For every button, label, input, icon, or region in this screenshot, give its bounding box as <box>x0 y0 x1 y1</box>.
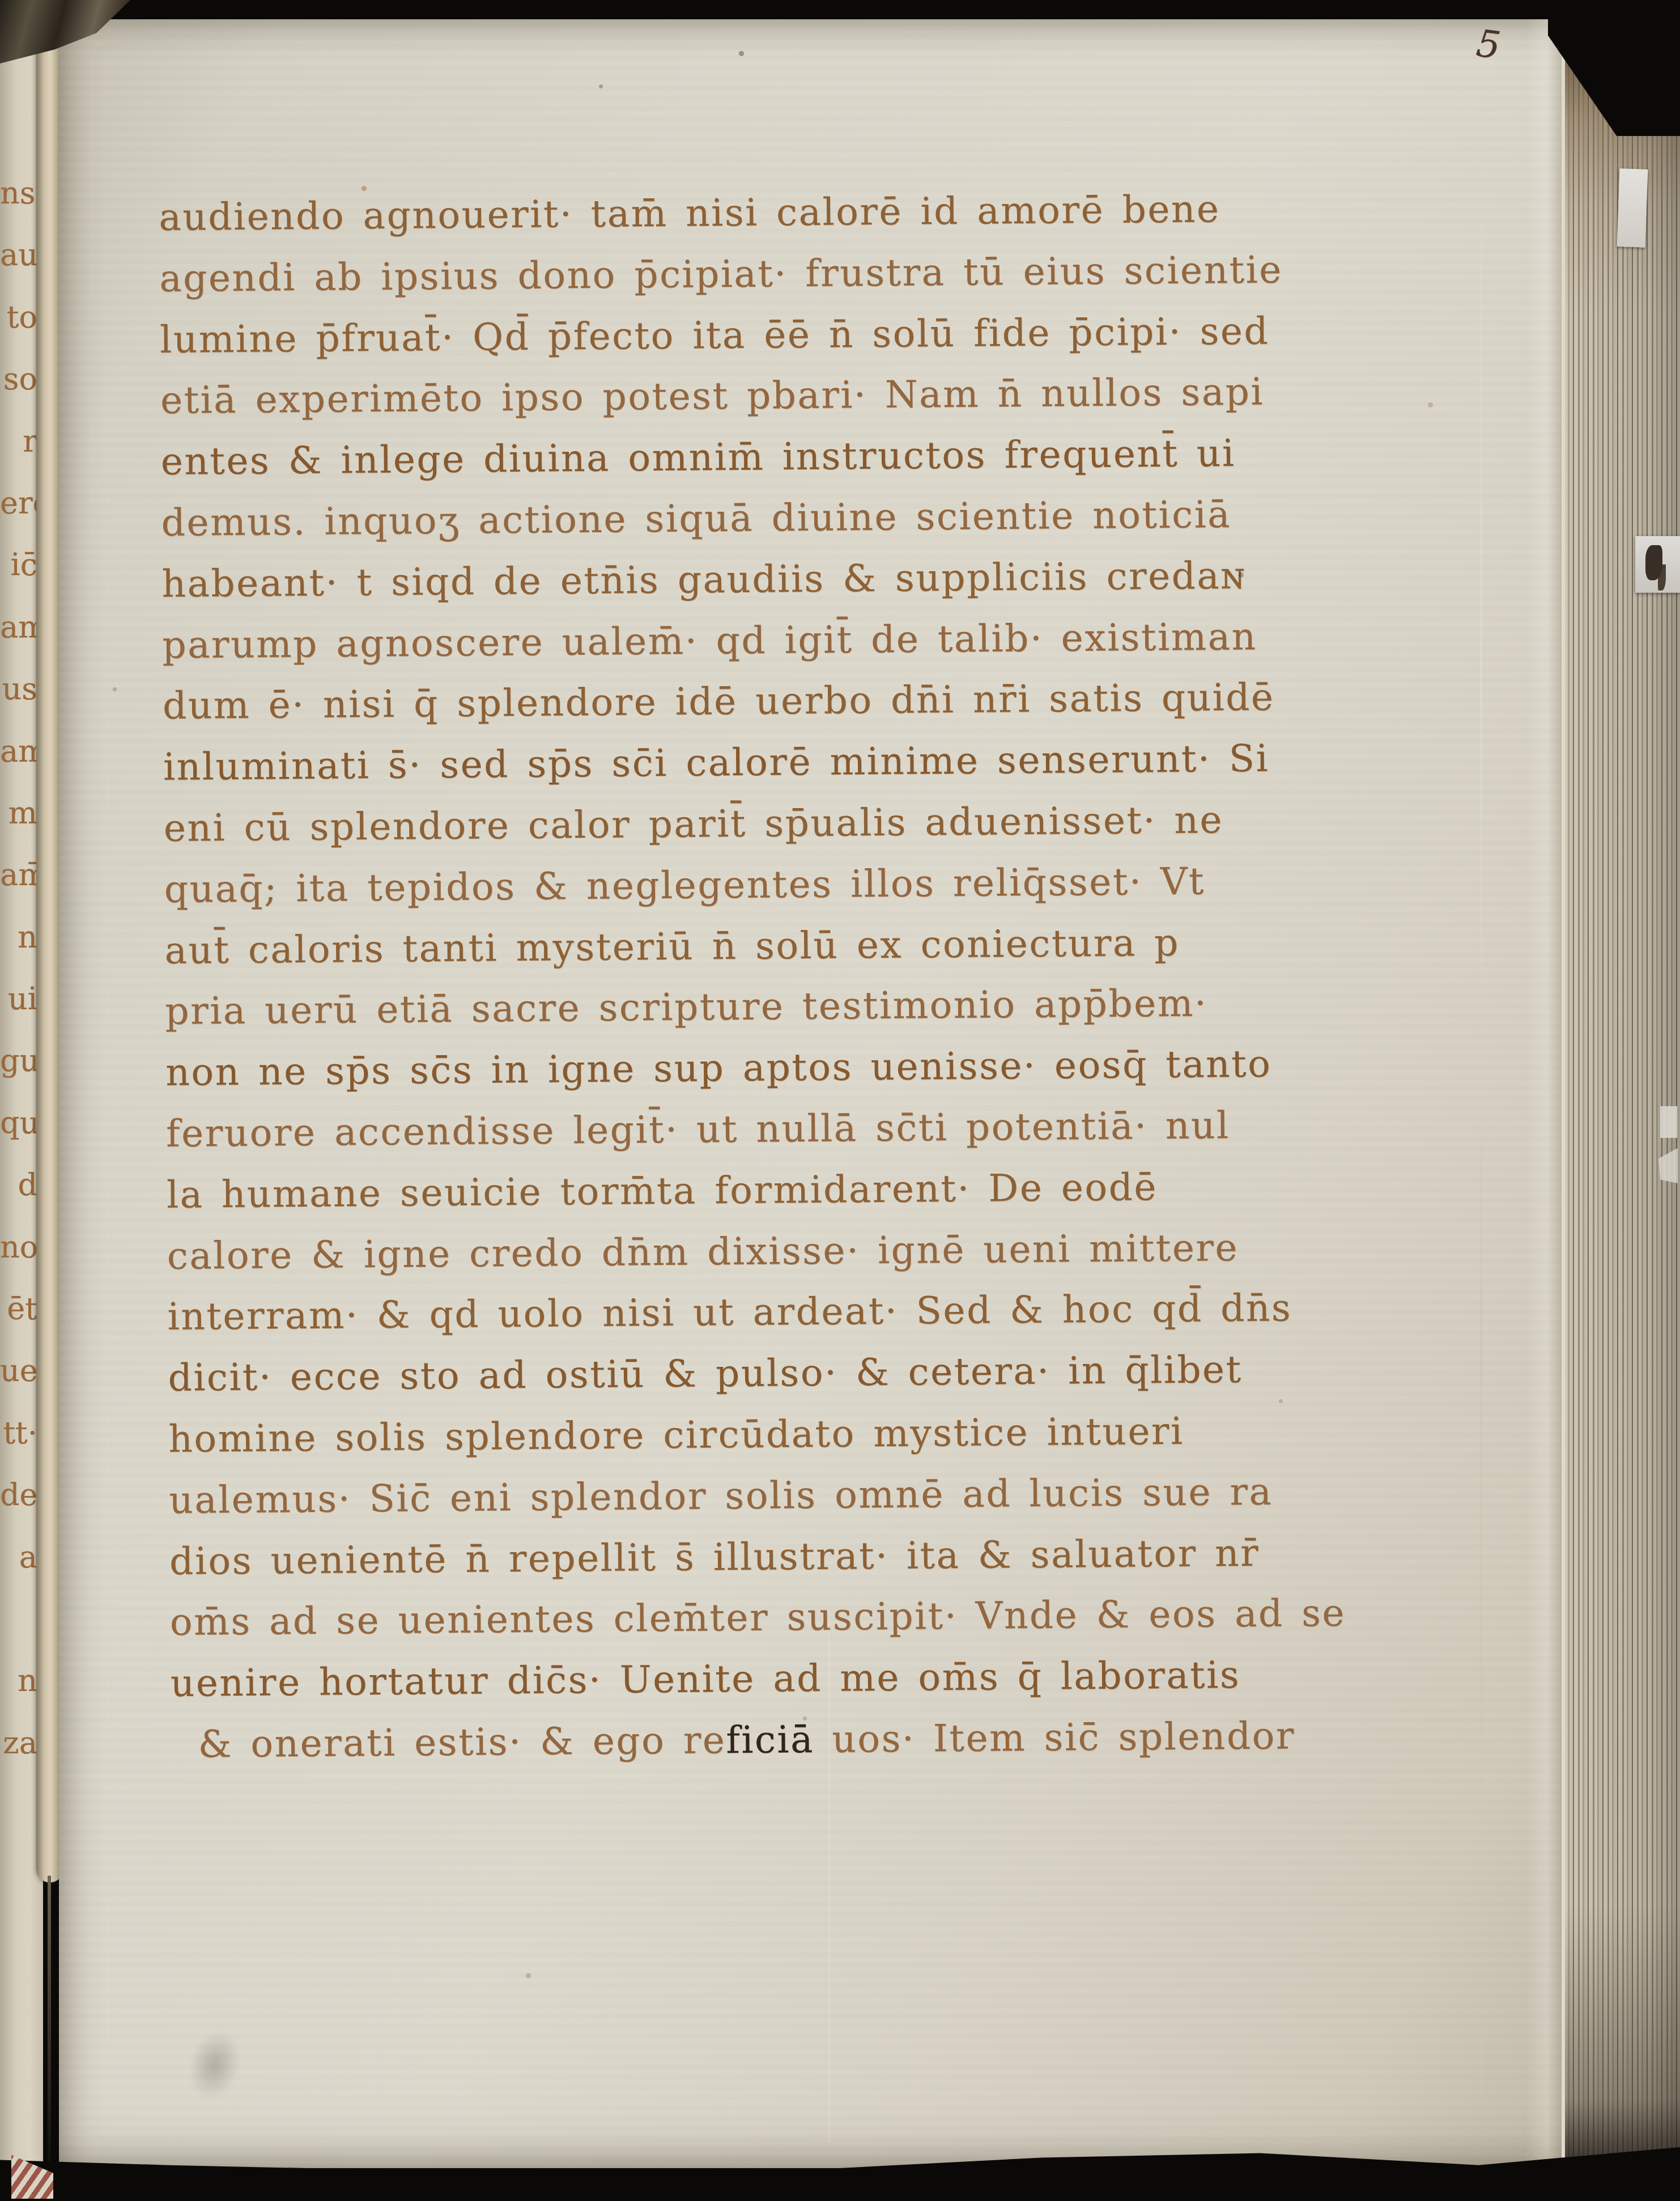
text-line: aut̄ caloris tanti mysteriū n̄ solū ex c… <box>164 911 1360 981</box>
margin-fragment: r <box>0 410 40 472</box>
bookmark-tab <box>1635 536 1680 593</box>
parchment-crease <box>1480 79 1482 2097</box>
text-line: dicit· ecce sto ad ostiū & pulso· & cete… <box>168 1339 1364 1409</box>
text-line: non ne sp̄s sc̄s in igne sup aptos uenis… <box>165 1033 1362 1103</box>
text-line: om̄s ad se uenientes clem̄ter suscipit· … <box>169 1583 1366 1653</box>
text-line: pria uerū etiā sacre scripture testimoni… <box>165 972 1361 1042</box>
margin-fragment: ic̄ <box>0 534 40 596</box>
text-line: & onerati estis· & ego reficiā uos· Item… <box>171 1705 1367 1775</box>
margin-fragment: n <box>0 1650 40 1711</box>
margin-fragment: am <box>0 720 40 782</box>
margin-fragment: ere <box>0 472 40 534</box>
dark-ink-word: ficiā <box>726 1718 814 1762</box>
manuscript-photo: nse aus·& to so r ere ic̄ am us am m am̄… <box>0 0 1680 2201</box>
margin-fragment: so <box>0 348 40 410</box>
margin-fragment: to <box>0 286 40 348</box>
margin-fragment <box>0 1588 40 1650</box>
text-line: ualemus· Sic̄ eni splendor solis omnē ad… <box>169 1460 1365 1531</box>
text-line: audiendo agnouerit· tam̄ nisi calorē id … <box>159 177 1355 248</box>
margin-fragment: ēt <box>0 1278 40 1340</box>
margin-fragment: no· <box>0 1216 40 1278</box>
margin-fragment: aus·& <box>0 224 40 286</box>
margin-fragment: n <box>0 906 40 968</box>
bookmark-tab <box>1617 168 1648 248</box>
text-line: eni cū splendore calor parit̄ sp̄ualis a… <box>163 788 1359 859</box>
margin-fragment: m <box>0 782 40 844</box>
text-segment: & onerati estis· & ego re <box>198 1718 726 1766</box>
text-line: dios uenientē n̄ repellit s̄ illustrat· … <box>169 1522 1366 1592</box>
text-line: parump agnoscere ualem̄· qd igit̄ de tal… <box>162 605 1358 675</box>
text-line: agendi ab ipsius dono p̄cipiat· frustra … <box>159 239 1355 309</box>
text-line: demus. inquoʒ actione siquā diuine scien… <box>161 483 1357 553</box>
text-line: uenire hortatur dic̄s· Uenite ad me om̄s… <box>170 1643 1366 1714</box>
margin-fragment: us <box>0 658 40 720</box>
margin-fragments: nse aus·& to so r ere ic̄ am us am m am̄… <box>0 162 40 1774</box>
text-line: entes & inlege diuina omnim̄ instructos … <box>160 422 1356 492</box>
margin-fragment: nse <box>0 162 40 224</box>
margin-fragment: am <box>0 596 40 658</box>
text-line: lumine p̄fruat̄· Qd̄ p̄fecto ita ēē n̄ s… <box>160 300 1356 370</box>
text-line: habeant· t siqd de etn̄is gaudiis & supp… <box>161 544 1358 614</box>
tab-ink-mark <box>1645 545 1662 580</box>
margin-fragment: a <box>0 1526 40 1588</box>
margin-fragment: gu <box>0 1030 40 1091</box>
text-line: feruore accendisse legit̄· ut nullā sc̄t… <box>166 1094 1362 1164</box>
margin-fragment: am̄ <box>0 844 40 906</box>
text-line: inluminati s̄· sed sp̄s sc̄i calorē mini… <box>163 728 1359 798</box>
text-block: audiendo agnouerit· tam̄ nisi calorē id … <box>159 177 1367 1775</box>
text-line: quaq̄; ita tepidos & neglegentes illos r… <box>164 849 1360 920</box>
text-line: la humane seuicie torm̄ta formidarent· D… <box>167 1155 1363 1225</box>
margin-fragment: de <box>0 1464 40 1526</box>
parchment-crease <box>828 1609 830 2142</box>
text-line: interram· & qd uolo nisi ut ardeat· Sed … <box>167 1277 1363 1348</box>
margin-fragment: za <box>0 1712 40 1774</box>
tab-remnant <box>1660 1106 1677 1138</box>
margin-fragment: tt· <box>0 1402 40 1464</box>
text-line: dum ē· nisi q̄ splendore idē uerbo dn̄i … <box>163 666 1359 737</box>
margin-fragment: ui <box>0 968 40 1030</box>
text-line: calore & igne credo dn̄m dixisse· ignē u… <box>167 1216 1363 1286</box>
text-line: etiā experimēto ipso potest pbari· Nam n… <box>160 361 1356 431</box>
text-segment: uos· Item sic̄ splendor <box>814 1714 1296 1761</box>
margin-fragment: quā <box>0 1092 40 1154</box>
margin-fragment: d <box>0 1154 40 1216</box>
text-line: homine solis splendore circūdato mystice… <box>168 1399 1364 1469</box>
margin-fragment: ue <box>0 1340 40 1401</box>
